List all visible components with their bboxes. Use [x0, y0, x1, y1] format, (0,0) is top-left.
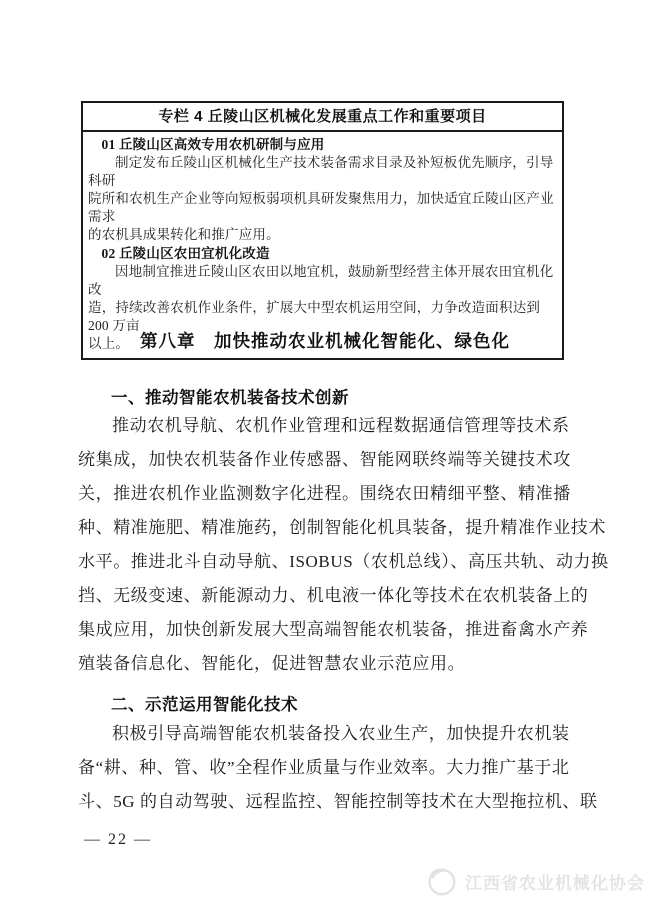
- callout-item-1-line: 制定发布丘陵山区机械化生产技术装备需求目录及补短板优先顺序，引导科研: [88, 154, 557, 190]
- body-line: 推动农机导航、农机作业管理和远程数据通信管理等技术系: [78, 409, 572, 443]
- chapter-title: 第八章 加快推动农业机械化智能化、绿色化: [78, 328, 572, 353]
- page-number: — 22 —: [84, 831, 152, 849]
- watermark: 江西省农业机械化协会: [424, 864, 645, 898]
- callout-box-title: 专栏 4 丘陵山区机械化发展重点工作和重要项目: [83, 103, 562, 132]
- body-line: 统集成，加快农机装备作业传感器、智能网联终端等关键技术攻: [78, 443, 572, 477]
- document-page: 专栏 4 丘陵山区机械化发展重点工作和重要项目 01 丘陵山区高效专用农机研制与…: [0, 0, 650, 918]
- callout-item-1-heading: 01 丘陵山区高效专用农机研制与应用: [88, 135, 557, 154]
- association-logo-icon: [424, 864, 458, 898]
- body-line: 关，推进农机作业监测数字化进程。围绕农田精细平整、精准播: [78, 477, 572, 511]
- body-line: 备“耕、种、管、收”全程作业质量与作业效率。大力推广基于北: [78, 751, 572, 785]
- body-line: 水平。推进北斗自动导航、ISOBUS（农机总线）、高压共轨、动力换: [78, 545, 572, 579]
- callout-item-2-heading: 02 丘陵山区农田宜机化改造: [88, 244, 557, 263]
- callout-item-2-line: 因地制宜推进丘陵山区农田以地宜机，鼓励新型经营主体开展农田宜机化改: [88, 263, 557, 299]
- body-line: 积极引导高端智能农机装备投入农业生产，加快提升农机装: [78, 717, 572, 751]
- callout-item-1-line: 的农机具成果转化和推广应用。: [88, 226, 557, 244]
- section-2-paragraph: 积极引导高端智能农机装备投入农业生产，加快提升农机装 备“耕、种、管、收”全程作…: [78, 717, 572, 819]
- section-2-heading: 二、示范运用智能化技术: [78, 691, 572, 715]
- body-line: 斗、5G 的自动驾驶、远程监控、智能控制等技术在大型拖拉机、联: [78, 785, 572, 819]
- body-line: 挡、无级变速、新能源动力、机电液一体化等技术在农机装备上的: [78, 579, 572, 613]
- body-line: 集成应用，加快创新发展大型高端智能农机装备，推进畜禽水产养: [78, 613, 572, 647]
- watermark-text: 江西省农业机械化协会: [465, 869, 645, 894]
- body-line: 殖装备信息化、智能化，促进智慧农业示范应用。: [78, 647, 572, 681]
- callout-box: 专栏 4 丘陵山区机械化发展重点工作和重要项目 01 丘陵山区高效专用农机研制与…: [81, 101, 564, 360]
- section-1-heading: 一、推动智能农机装备技术创新: [78, 384, 572, 408]
- callout-item-1-line: 院所和农机生产企业等向短板弱项机具研发聚焦用力，加快适宜丘陵山区产业需求: [88, 190, 557, 226]
- section-1-paragraph: 推动农机导航、农机作业管理和远程数据通信管理等技术系 统集成，加快农机装备作业传…: [78, 409, 572, 681]
- callout-box-body: 01 丘陵山区高效专用农机研制与应用 制定发布丘陵山区机械化生产技术装备需求目录…: [83, 132, 562, 358]
- body-line: 种、精准施肥、精准施药，创制智能化机具装备，提升精准作业技术: [78, 511, 572, 545]
